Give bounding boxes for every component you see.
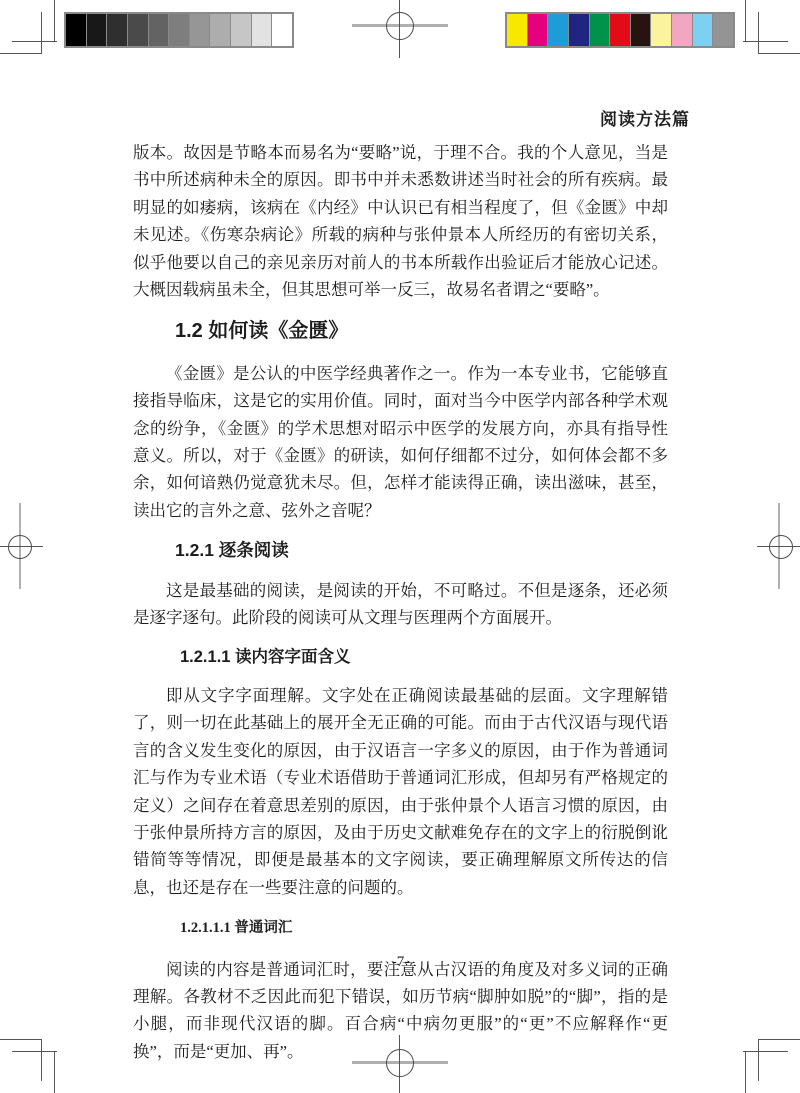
- section-heading-1-2-1-1: 1.2.1.1 读内容字面含义: [180, 644, 668, 671]
- paragraph: 阅读的内容是普通词汇时，要注意从古汉语的角度及对多义词的正确理解。各教材不乏因此…: [133, 956, 668, 1066]
- calibration-swatch: [507, 14, 527, 46]
- calibration-swatch: [190, 14, 210, 46]
- calibration-swatch: [590, 14, 610, 46]
- calibration-swatch: [631, 14, 651, 46]
- crop-mark-top-left: [0, 0, 58, 58]
- calibration-swatch: [548, 14, 568, 46]
- calibration-swatch: [66, 14, 86, 46]
- registration-mark-left: [0, 500, 60, 592]
- calibration-swatch: [128, 14, 148, 46]
- calibration-swatch: [528, 14, 548, 46]
- calibration-swatch: [210, 14, 230, 46]
- calibration-swatch: [610, 14, 630, 46]
- crop-mark-top-right: [742, 0, 800, 58]
- calibration-swatch: [651, 14, 671, 46]
- section-heading-1-2-1-1-1: 1.2.1.1.1 普通词汇: [180, 915, 668, 942]
- crop-mark-bottom-left: [0, 1035, 58, 1093]
- text-block: 版本。故因是节略本而易名为“要略”说，于理不合。我的个人意见，当是书中所述病种未…: [133, 139, 668, 1065]
- running-header: 阅读方法篇: [133, 105, 690, 130]
- scanned-book-page: { "page": { "running_header": "阅读方法篇", "…: [0, 0, 800, 1093]
- paragraph: 版本。故因是节略本而易名为“要略”说，于理不合。我的个人意见，当是书中所述病种未…: [133, 139, 668, 303]
- calibration-swatch: [693, 14, 713, 46]
- crop-mark-bottom-right: [742, 1035, 800, 1093]
- paragraph: 这是最基础的阅读，是阅读的开始，不可略过。不但是逐条，还必须是逐字逐句。此阶段的…: [133, 577, 668, 632]
- calibration-swatch: [231, 14, 251, 46]
- calibration-swatch: [149, 14, 169, 46]
- calibration-swatch: [272, 14, 292, 46]
- registration-mark-right: [740, 500, 800, 592]
- page-number: -7-: [133, 954, 668, 971]
- color-calibration-bar: [505, 12, 735, 48]
- calibration-swatch: [87, 14, 107, 46]
- calibration-swatch: [107, 14, 127, 46]
- calibration-swatch: [569, 14, 589, 46]
- calibration-swatch: [169, 14, 189, 46]
- calibration-swatch: [672, 14, 692, 46]
- grayscale-calibration-bar: [64, 12, 294, 48]
- calibration-swatch: [252, 14, 272, 46]
- paragraph: 《金匮》是公认的中医学经典著作之一。作为一本专业书，它能够直接指导临床，这是它的…: [133, 360, 668, 524]
- section-heading-1-2-1: 1.2.1 逐条阅读: [175, 537, 668, 564]
- section-heading-1-2: 1.2 如何读《金匮》: [175, 318, 668, 345]
- calibration-swatch: [713, 14, 733, 46]
- registration-mark-top: [352, 0, 448, 60]
- paragraph: 即从文字字面理解。文字处在正确阅读最基础的层面。文字理解错了，则一切在此基础上的…: [133, 682, 668, 901]
